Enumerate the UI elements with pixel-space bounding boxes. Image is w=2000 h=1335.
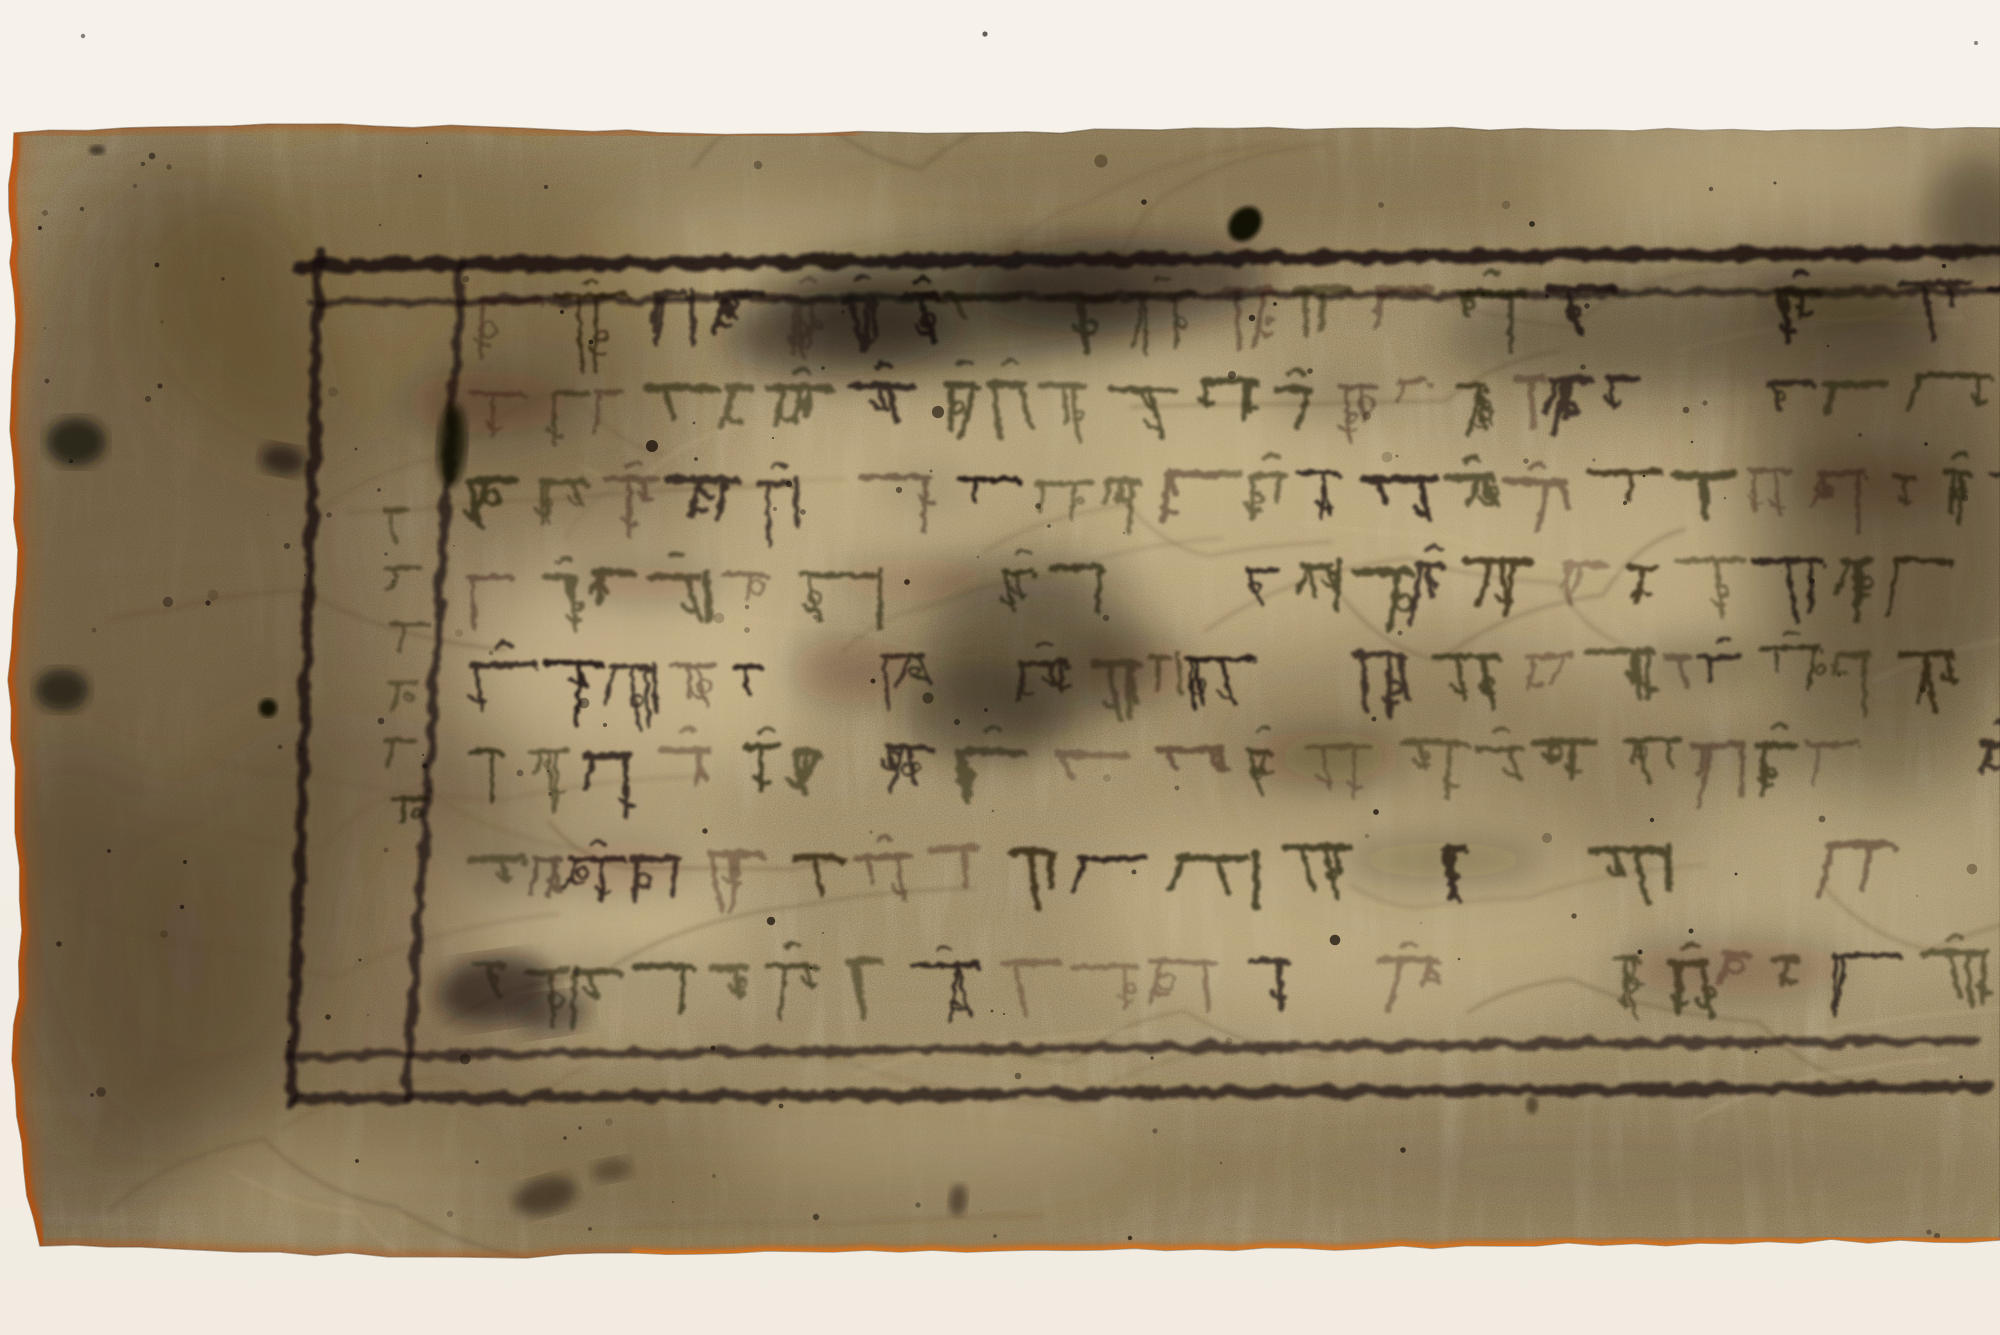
paper-sheet <box>0 90 2000 1271</box>
photo-canvas <box>0 0 2000 1335</box>
paper-surface <box>0 90 2000 1271</box>
manuscript-photograph <box>0 0 2000 1335</box>
